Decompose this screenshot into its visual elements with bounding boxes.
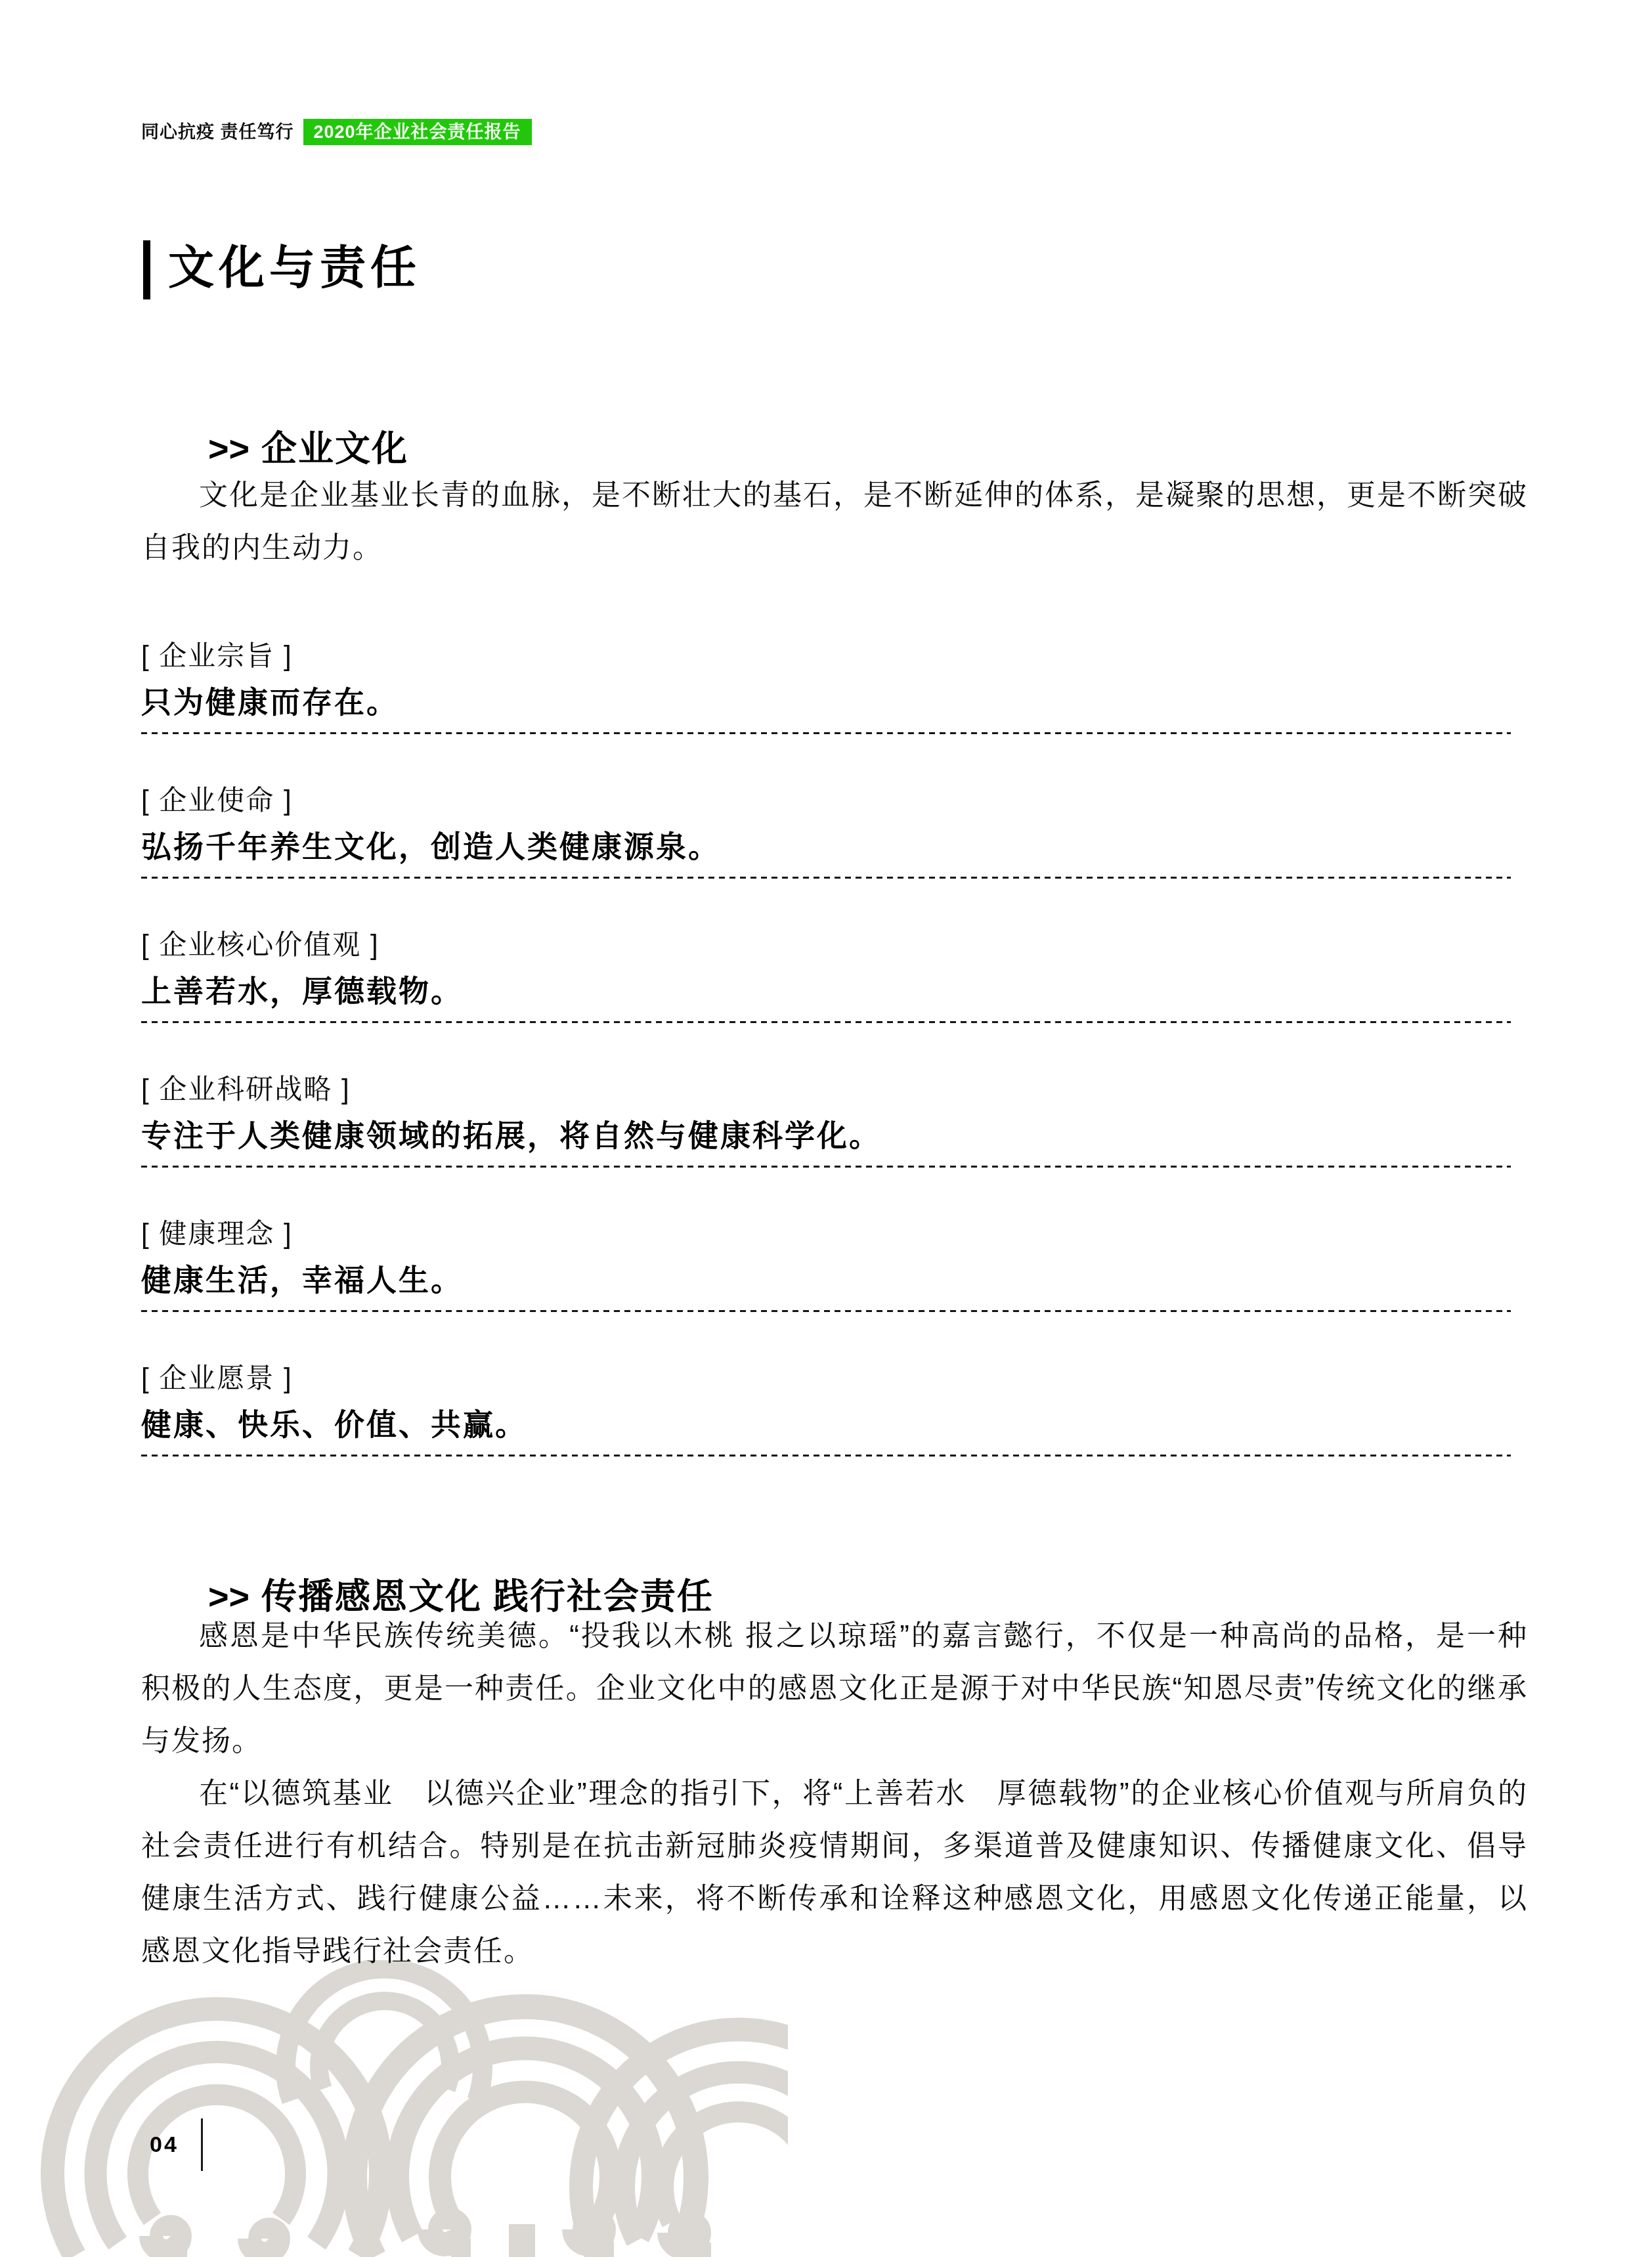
culture-item-purpose: [ 企业宗旨 ] 只为健康而存在。 — [141, 640, 1520, 734]
item-label: [ 企业核心价值观 ] — [141, 929, 1520, 961]
title-accent-bar — [143, 240, 150, 299]
lingzhi-cloud-pattern — [26, 1960, 788, 2257]
report-page: 同心抗疫 责任笃行 2020年企业社会责任报告 文化与责任 >>企业文化 文化是… — [0, 0, 1652, 2257]
body-paragraph: 感恩是中华民族传统美德。“投我以木桃 报之以琼瑶”的嘉言懿行，不仅是一种高尚的品… — [141, 1610, 1528, 1768]
item-label: [ 健康理念 ] — [141, 1218, 1520, 1250]
item-statement: 健康生活，幸福人生。 — [141, 1261, 1520, 1298]
dotted-divider — [141, 1310, 1511, 1312]
gratitude-paragraph-block: 感恩是中华民族传统美德。“投我以木桃 报之以琼瑶”的嘉言懿行，不仅是一种高尚的品… — [141, 1610, 1528, 1978]
item-label: [ 企业愿景 ] — [141, 1363, 1520, 1394]
culture-item-core-values: [ 企业核心价值观 ] 上善若水，厚德载物。 — [141, 929, 1520, 1023]
dotted-divider — [141, 1166, 1511, 1168]
intro-paragraph: 文化是企业基业长青的血脉，是不断壮大的基石，是不断延伸的体系，是凝聚的思想，更是… — [141, 470, 1528, 575]
item-statement: 只为健康而存在。 — [141, 684, 1520, 720]
dotted-divider — [141, 1021, 1511, 1023]
dotted-divider — [141, 877, 1511, 879]
item-statement: 弘扬千年养生文化，创造人类健康源泉。 — [141, 828, 1520, 865]
item-label: [ 企业宗旨 ] — [141, 640, 1520, 672]
heading-marker: >> — [208, 429, 250, 469]
item-statement: 健康、快乐、价值、共赢。 — [141, 1406, 1520, 1443]
page-number-divider — [201, 2118, 203, 2171]
item-statement: 上善若水，厚德载物。 — [141, 973, 1520, 1009]
body-paragraph: 在“以德筑基业 以德兴企业”理念的指引下，将“上善若水 厚德载物”的企业核心价值… — [141, 1768, 1528, 1978]
heading-text: 企业文化 — [261, 429, 408, 469]
culture-item-research-strategy: [ 企业科研战略 ] 专注于人类健康领域的拓展，将自然与健康科学化。 — [141, 1074, 1520, 1168]
intro-paragraph-block: 文化是企业基业长青的血脉，是不断壮大的基石，是不断延伸的体系，是凝聚的思想，更是… — [141, 470, 1528, 575]
report-title-badge: 2020年企业社会责任报告 — [303, 119, 532, 145]
item-label: [ 企业使命 ] — [141, 785, 1520, 816]
culture-item-vision: [ 企业愿景 ] 健康、快乐、价值、共赢。 — [141, 1363, 1520, 1457]
culture-item-mission: [ 企业使命 ] 弘扬千年养生文化，创造人类健康源泉。 — [141, 785, 1520, 879]
culture-item-health-concept: [ 健康理念 ] 健康生活，幸福人生。 — [141, 1218, 1520, 1312]
header-slogan: 同心抗疫 责任笃行 — [141, 119, 294, 145]
page-title: 文化与责任 — [168, 236, 421, 299]
page-number: 04 — [150, 2132, 179, 2158]
page-header: 同心抗疫 责任笃行 2020年企业社会责任报告 — [141, 119, 532, 145]
dotted-divider — [141, 1455, 1511, 1457]
item-statement: 专注于人类健康领域的拓展，将自然与健康科学化。 — [141, 1117, 1520, 1154]
dotted-divider — [141, 732, 1511, 734]
item-label: [ 企业科研战略 ] — [141, 1074, 1520, 1105]
